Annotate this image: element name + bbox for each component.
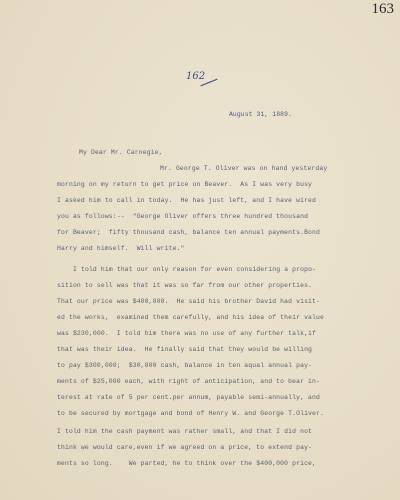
letter-line: terest at rate of 5 per cent.per annum, … (57, 394, 320, 401)
letter-line: to be secured by mortgage and bond of He… (57, 410, 324, 417)
letter-line: that was their idea. He finally said tha… (57, 346, 312, 353)
letter-line: you as follows:-- "George Oliver offers … (57, 213, 308, 220)
letter-line: ments so long. We parted, he to think ov… (57, 460, 316, 467)
letter-page: 163 162 August 31, 1889. My Dear Mr. Car… (0, 0, 400, 500)
letter-line: for Beaver; fifty thousand cash, balance… (57, 229, 320, 236)
letter-line: ments of $25,000 each, with right of ant… (57, 378, 320, 385)
letter-salutation: My Dear Mr. Carnegie, (79, 149, 163, 156)
letter-line: I told him that our only reason for even… (73, 266, 316, 273)
letter-line: I asked him to call in today. He has jus… (57, 197, 316, 204)
handwritten-page-number: 162 (186, 71, 205, 82)
letter-line: ed the works, examined them carefully, a… (57, 314, 324, 321)
letter-line: morning on my return to get price on Bea… (57, 181, 312, 188)
letter-line: Harry and himself. Will write." (57, 245, 185, 252)
letter-line: Mr. George T. Oliver was on hand yesterd… (160, 165, 327, 172)
letter-line: was $230,000. I told him there was no us… (57, 330, 316, 337)
letter-line: think we would care,even if we agreed on… (57, 444, 312, 451)
letter-date: August 31, 1889. (229, 111, 292, 118)
letter-line: to pay $300,000; $30,000 cash, balance i… (57, 362, 312, 369)
page-number-stamp: 163 (372, 1, 395, 18)
letter-line: I told him the cash payment was rather s… (57, 428, 312, 435)
letter-line: sition to sell was that it was so far fr… (57, 282, 312, 289)
letter-line: That our price was $400,000. He said his… (57, 298, 320, 305)
